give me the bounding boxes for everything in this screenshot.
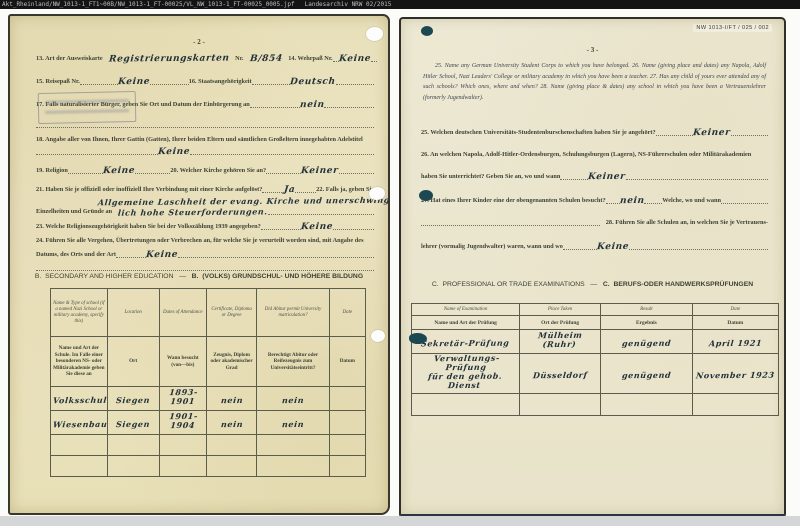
question-19-20-line: 19. Religion Keine 20. Welcher Kirche ge… [36, 163, 374, 174]
header-cell: Ort der Prüfung [520, 316, 601, 330]
q14-label: 14. Wehrpaß Nr. [288, 55, 332, 62]
cell-handwritten: Siegen [116, 419, 151, 428]
cell-handwritten: April 1921 [708, 338, 762, 347]
header-cell: Name of Examination [412, 304, 520, 316]
dotted-leader [644, 196, 662, 204]
question-18-line: 18. Angabe aller von Ihnen, Ihrer Gattin… [36, 132, 374, 143]
q18-answer-handwritten: Keine [158, 147, 191, 157]
dotted-leader [333, 222, 374, 230]
dotted-leader [178, 250, 374, 258]
dotted-leader [80, 77, 118, 85]
section-b-title-de: (VOLKS) GRUNDSCHUL- UND HÖHERE BILDUNG [202, 273, 363, 280]
header-cell: Ergebnis [600, 316, 692, 330]
stamp-smudge-line [45, 99, 129, 103]
dotted-leader [116, 250, 146, 258]
section-c-letter-en: C. [432, 281, 439, 288]
q17-answer-handwritten: nein [299, 100, 325, 110]
scanned-page-3: NW 1013-I/FT / 025 / 002 - 3 - 25. Name … [399, 17, 786, 518]
archive-label: Landesarchiv NRW 02/2015 [305, 1, 392, 8]
table-row: Sekretär-Prüfung Mülheim (Ruhr) genügend… [412, 330, 779, 354]
dotted-leader [421, 218, 600, 226]
question-13-14-line: 13. Art der Ausweiskarte Registrierungsk… [36, 51, 374, 62]
cell-handwritten: nein [220, 419, 243, 428]
q24-label-line1: 24. Führen Sie alle Vergehen, Übertretun… [36, 237, 364, 244]
question-28-line1: 28. Führen Sie alle Schulen an, in welch… [421, 215, 768, 226]
header-cell: Dates of Attendance [159, 289, 206, 337]
cell-handwritten: Sekretär-Prüfung [421, 338, 510, 348]
header-cell: Datum [329, 337, 365, 387]
hole-mark [371, 330, 385, 342]
table-row: Volksschule Siegen 1893-1901 nein nein [51, 387, 366, 411]
cell-handwritten: genügend [621, 338, 671, 347]
q13-answer-handwritten: Registrierungskarten [108, 53, 230, 64]
header-cell: Date [692, 304, 778, 316]
q13-nr-label: Nr. [235, 55, 243, 62]
dotted-leader [336, 77, 374, 85]
q19-answer-handwritten: Keine [103, 166, 136, 176]
page-number: - 2 - [10, 38, 388, 46]
q28-answer-handwritten: Keine [596, 242, 629, 252]
section-c-heading: C. PROFESSIONAL OR TRADE EXAMINATIONS — … [401, 281, 784, 288]
question-23-line: 23. Welche Religionszugehörigkeit haben … [36, 219, 374, 230]
education-table-header-de: Name und Art der Schule. Im Falle einer … [51, 337, 366, 387]
q20-label: 20. Welcher Kirche gehören Sie an? [170, 167, 266, 174]
table-row-empty [51, 435, 366, 456]
question-24-line2: Datums, des Orts und der Art Keine [36, 247, 374, 258]
dotted-leader [626, 172, 768, 180]
question-15-16-line: 15. Reisepaß Nr. Keine 16. Staatsangehör… [36, 74, 374, 85]
q24-label-line2: Datums, des Orts und der Art [36, 251, 116, 258]
cell-handwritten: nein [281, 395, 304, 404]
q26-answer-handwritten: Keiner [588, 172, 626, 182]
section-b-letter-en: B. [35, 273, 41, 280]
cell-handwritten: genügend [621, 370, 671, 379]
section-c-dash: — [590, 281, 597, 288]
education-table: Name & Type of school (if a named Nazi S… [50, 288, 366, 477]
dotted-leader [135, 166, 170, 174]
page-number: - 3 - [401, 46, 784, 54]
table-row: Verwaltungs-Prüfung für den gehob. Diens… [412, 354, 779, 394]
punch-hole [409, 333, 427, 344]
examinations-table: Name of Examination Place Taken Result D… [411, 303, 779, 416]
dotted-leader [339, 166, 374, 174]
cell-handwritten: Mülheim (Ruhr) [521, 331, 599, 350]
hole-mark [369, 187, 385, 200]
section-c-title-en: PROFESSIONAL OR TRADE EXAMINATIONS [442, 281, 584, 288]
exam-table-header-de: Name und Art der Prüfung Ort der Prüfung… [412, 316, 779, 330]
q26-label-line2: haben Sie unterrichtet? Geben Sie an, wo… [421, 173, 560, 180]
cell-handwritten: Verwaltungs-Prüfung für den gehob. Diens… [412, 354, 519, 391]
cell-handwritten: 1893-1901 [161, 388, 205, 406]
section-b-heading: B. SECONDARY AND HIGHER EDUCATION — B. (… [10, 273, 388, 280]
section-c-title-de: BERUFS-ODER HANDWERKSPRÜFUNGEN [613, 281, 753, 288]
dotted-rule [36, 263, 374, 271]
q15-answer-handwritten: Keine [118, 77, 151, 87]
dotted-leader [250, 100, 300, 108]
q13-label: 13. Art der Ausweiskarte [36, 55, 103, 62]
exam-table-header-en: Name of Examination Place Taken Result D… [412, 304, 779, 316]
section-b-title-en: SECONDARY AND HIGHER EDUCATION [45, 273, 173, 280]
dotted-leader [731, 128, 768, 136]
q22-label2: Einzelheiten und Gründe an [36, 208, 112, 215]
q24-answer-handwritten: Keine [146, 250, 179, 260]
q16-answer-handwritten: Deutsch [290, 77, 337, 87]
punch-hole [419, 190, 433, 201]
header-cell: Result [600, 304, 692, 316]
q28-label-line2: lehrer (vormalig Jugendwalter) waren, wa… [421, 243, 563, 250]
question-22-answer-line1: Allgemeine Laschheit der evang. Kirche u… [98, 193, 374, 204]
q22-label: 22. Falls ja, geben Sie [316, 186, 374, 193]
dotted-rule [36, 120, 374, 128]
dotted-leader [324, 100, 374, 108]
dotted-leader [721, 196, 768, 204]
archive-reference-label: NW 1013-I/FT / 025 / 002 [693, 24, 772, 32]
dotted-leader [606, 196, 620, 204]
cell-handwritten: nein [220, 395, 243, 404]
q21-label: 21. Haben Sie je offiziell oder inoffizi… [36, 186, 262, 193]
dotted-leader [36, 147, 158, 155]
dotted-leader [333, 54, 339, 62]
dotted-leader [371, 54, 377, 62]
cell-handwritten: 1901-1904 [161, 412, 205, 430]
header-cell: Datum [692, 316, 778, 330]
question-26-line2: haben Sie unterrichtet? Geben Sie an, wo… [421, 169, 768, 180]
english-translation-paragraph: 25. Name any German University Student C… [423, 61, 766, 103]
dotted-leader [268, 207, 374, 215]
header-cell: Ort [107, 337, 159, 387]
dotted-leader [190, 147, 374, 155]
cell-handwritten: Volksschule [53, 395, 108, 405]
header-cell: Did Abitur permit University matriculati… [257, 289, 329, 337]
header-cell: Name und Art der Schule. Im Falle einer … [51, 337, 108, 387]
q19-label: 19. Religion [36, 167, 68, 174]
table-row: Wiesenbauschule Siegen 1901-1904 nein ne… [51, 411, 366, 435]
scanned-page-2: - 2 - 13. Art der Ausweiskarte Registrie… [8, 14, 390, 515]
header-cell: Berechtigt Abitur oder Reifezeugnis zum … [257, 337, 329, 387]
dotted-leader [262, 185, 283, 193]
section-c-letter-de: C. [603, 281, 610, 288]
dotted-leader [560, 172, 588, 180]
header-cell: Location [107, 289, 159, 337]
cell-handwritten: Düsseldorf [532, 370, 587, 379]
cell-handwritten: November 1923 [696, 370, 776, 380]
q23-answer-handwritten: Keine [301, 222, 334, 232]
cell-handwritten: nein [281, 419, 304, 428]
header-cell: Name & Type of school (if a named Nazi S… [51, 289, 108, 337]
dotted-leader [629, 242, 768, 250]
question-22-answer-line2: Einzelheiten und Gründe an lich hohe Ste… [36, 204, 374, 215]
scan-background-strip [0, 516, 800, 526]
dotted-leader [68, 166, 103, 174]
dotted-leader [150, 77, 188, 85]
question-21-line: 21. Haben Sie je offiziell oder inoffizi… [36, 182, 374, 193]
question-24-line1: 24. Führen Sie alle Vergehen, Übertretun… [36, 233, 374, 244]
question-27-line: 27. Hat eines Ihrer Kinder eine der oben… [421, 193, 768, 204]
section-b-letter-de: B. [192, 273, 199, 280]
stamp-smudge-line [45, 109, 129, 113]
dotted-leader [266, 166, 301, 174]
dotted-leader [656, 128, 693, 136]
header-cell: Wann besucht (von—bis) [159, 337, 206, 387]
q18-label: 18. Angabe aller von Ihnen, Ihrer Gattin… [36, 136, 363, 143]
dotted-leader [252, 77, 290, 85]
q23-label: 23. Welche Religionszugehörigkeit haben … [36, 223, 261, 230]
file-path: Akt_Rheinland/NW_1013-1_FT1~00B/NW_1013-… [2, 1, 295, 8]
q27-label2: Welche, wo und wann [662, 197, 721, 204]
dotted-leader [563, 242, 597, 250]
q20-answer-handwritten: Keiner [301, 166, 339, 176]
q16-label: 16. Staatsangehörigkeit [189, 78, 252, 85]
q22-answer-handwritten-line2: lich hohe Steuerforderungen. [118, 206, 269, 217]
header-cell: Zeugnis, Diplom oder akademischer Grad [206, 337, 256, 387]
question-26-line1: 26. An welchen Napola, Adolf-Hitler-Orde… [421, 147, 768, 158]
q27-label: 27. Hat eines Ihrer Kinder eine der oben… [421, 197, 606, 204]
viewer-titlebar: Akt_Rheinland/NW_1013-1_FT1~00B/NW_1013-… [0, 0, 800, 9]
q28-label-line1: 28. Führen Sie alle Schulen an, in welch… [606, 219, 768, 226]
table-row-empty [51, 456, 366, 477]
q26-label-line1: 26. An welchen Napola, Adolf-Hitler-Orde… [421, 151, 751, 158]
dotted-leader [295, 185, 316, 193]
header-cell: Place Taken [520, 304, 601, 316]
q25-label: 25. Welchen deutschen Universitäts-Stude… [421, 129, 656, 136]
header-cell: Date [329, 289, 365, 337]
q14-answer-handwritten: Keine [338, 54, 371, 64]
punch-hole [421, 26, 433, 36]
question-18-answer-line: Keine [36, 144, 374, 155]
table-row-empty [412, 394, 779, 416]
education-table-header-en: Name & Type of school (if a named Nazi S… [51, 289, 366, 337]
q13-nr-answer-handwritten: B/854 [249, 54, 283, 64]
section-b-dash: — [179, 273, 186, 280]
q15-label: 15. Reisepaß Nr. [36, 78, 80, 85]
hole-mark [366, 27, 383, 41]
question-25-line: 25. Welchen deutschen Universitäts-Stude… [421, 125, 768, 136]
dotted-leader [261, 222, 302, 230]
cell-handwritten: Siegen [116, 395, 151, 404]
header-cell: Name und Art der Prüfung [412, 316, 520, 330]
cell-handwritten: Wiesenbauschule [53, 419, 108, 429]
q25-answer-handwritten: Keiner [693, 128, 731, 138]
header-cell: Certificate, Diploma or Degree [206, 289, 256, 337]
q27-answer-handwritten: nein [619, 196, 645, 206]
question-28-line2: lehrer (vormalig Jugendwalter) waren, wa… [421, 239, 768, 250]
